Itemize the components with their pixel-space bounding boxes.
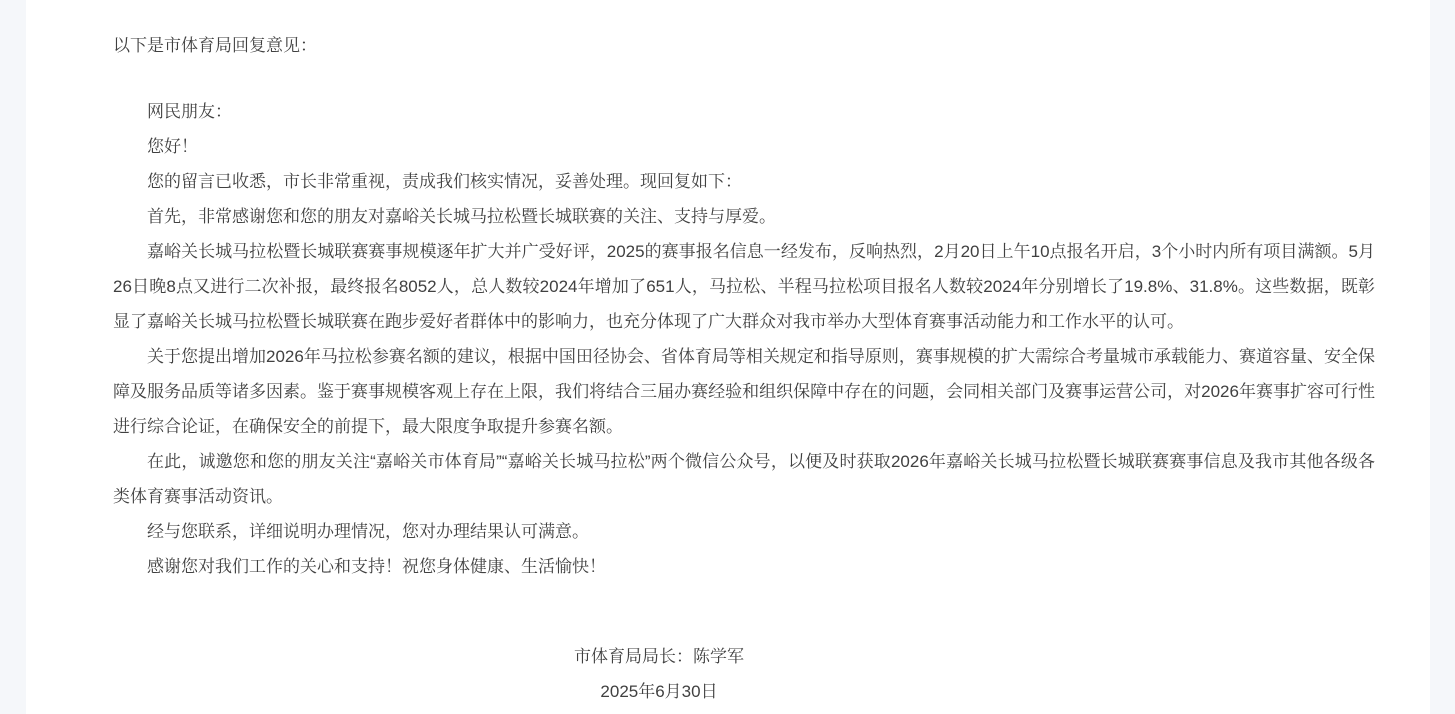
signature-name: 市体育局局长：陈学军 [28, 639, 1290, 674]
letter-paragraph: 您的留言已收悉，市长非常重视，责成我们核实情况，妥善处理。现回复如下： [113, 164, 1375, 199]
letter-paragraph: 在此，诚邀您和您的朋友关注“嘉峪关市体育局”“嘉峪关长城马拉松”两个微信公众号，… [113, 444, 1375, 514]
letter-paragraph: 您好！ [113, 129, 1375, 164]
letter-paragraph: 关于您提出增加2026年马拉松参赛名额的建议，根据中国田径协会、省体育局等相关规… [113, 339, 1375, 444]
letter-paragraph: 感谢您对我们工作的关心和支持！祝您身体健康、生活愉快！ [113, 549, 1375, 584]
reply-letter-card: 以下是市体育局回复意见： 网民朋友： 您好！ 您的留言已收悉，市长非常重视，责成… [26, 0, 1430, 714]
letter-body: 网民朋友： 您好！ 您的留言已收悉，市长非常重视，责成我们核实情况，妥善处理。现… [113, 94, 1375, 584]
signature-date: 2025年6月30日 [28, 674, 1290, 709]
letter-paragraph: 经与您联系，详细说明办理情况，您对办理结果认可满意。 [113, 514, 1375, 549]
signature-block: 市体育局局长：陈学军 2025年6月30日 [28, 639, 1290, 709]
reply-intro: 以下是市体育局回复意见： [113, 28, 1375, 63]
letter-paragraph: 首先，非常感谢您和您的朋友对嘉峪关长城马拉松暨长城联赛的关注、支持与厚爱。 [113, 199, 1375, 234]
letter-salutation: 网民朋友： [113, 94, 1375, 129]
letter-paragraph: 嘉峪关长城马拉松暨长城联赛赛事规模逐年扩大并广受好评，2025的赛事报名信息一经… [113, 234, 1375, 339]
